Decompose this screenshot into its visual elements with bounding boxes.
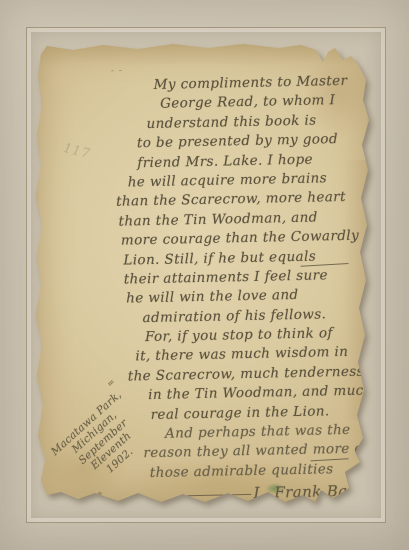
framed-letter-photo: - - 117 = Macatawa Park, Michigan, Septe…: [0, 0, 409, 550]
handwritten-text: My compliments to Master George Read, to…: [114, 71, 379, 506]
manuscript-paper: - - 117 = Macatawa Park, Michigan, Septe…: [33, 40, 373, 505]
letter-line: those admirable qualities: [150, 459, 378, 483]
signature-flourish-dash: [188, 494, 252, 496]
ditto-marks: - -: [111, 66, 124, 77]
signature: L. Frank Baum: [253, 482, 372, 502]
signature-line: L. Frank Baum: [122, 481, 378, 506]
paper-sheet: - - 117 = Macatawa Park, Michigan, Septe…: [33, 40, 373, 505]
